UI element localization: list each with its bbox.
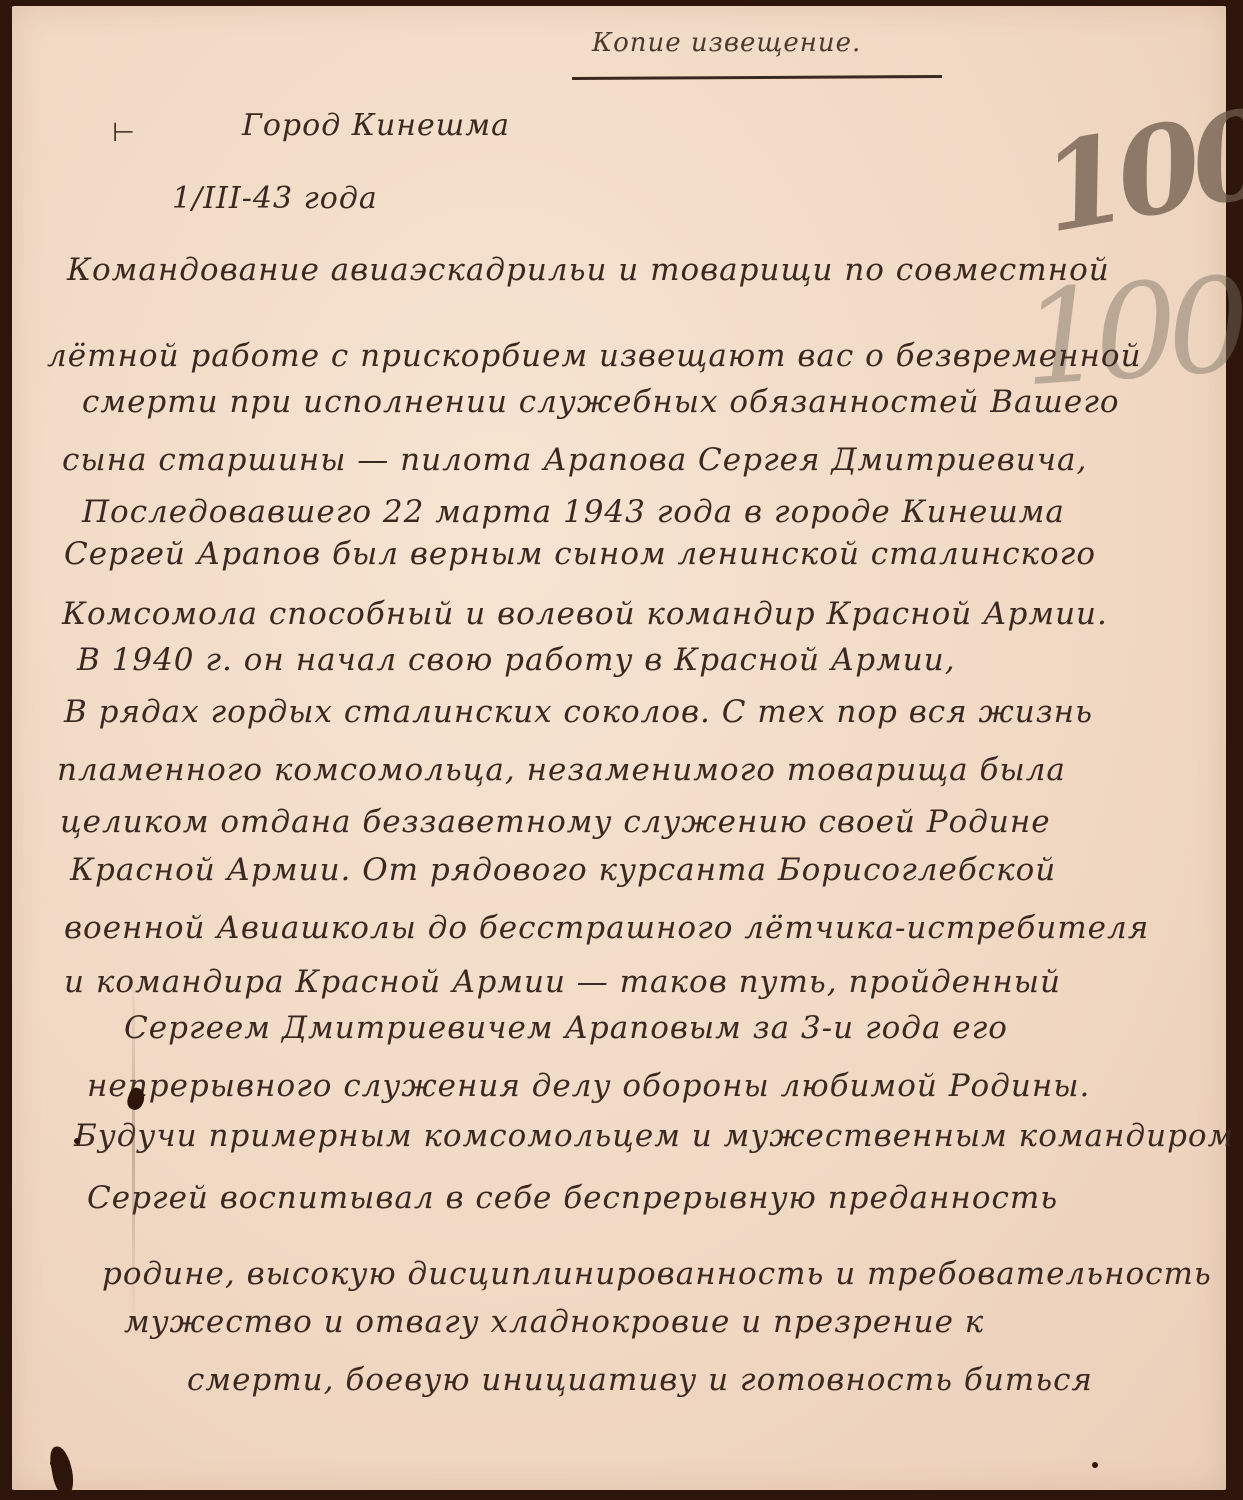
body-line: Комсомола способный и волевой командир К…: [62, 596, 1108, 632]
body-line: целиком отдана беззаветному служению сво…: [60, 804, 1051, 840]
body-line: родине, высокую дисциплинированность и т…: [102, 1256, 1212, 1292]
body-line: военной Авиашколы до бесстрашного лётчик…: [64, 910, 1149, 946]
pencil-annotation-100: 100: [1031, 82, 1243, 260]
document-page: Копие извещение. ⊢ Город Кинешма 1/III-4…: [12, 6, 1226, 1490]
body-line: Сергей воспитывал в себе беспрерывную пр…: [87, 1180, 1058, 1216]
ink-spot: [1092, 1462, 1098, 1468]
body-line: мужество и отвагу хладнокровие и презрен…: [124, 1304, 984, 1340]
body-line: Сергей Арапов был верным сыном ленинской…: [64, 536, 1096, 572]
scan-background: Копие извещение. ⊢ Город Кинешма 1/III-4…: [0, 0, 1243, 1500]
body-line: Красной Армии. От рядового курсанта Бори…: [70, 852, 1056, 888]
ink-spot: [74, 1138, 80, 1144]
body-line: В рядах гордых сталинских соколов. С тех…: [64, 694, 1093, 730]
city-line: Город Кинешма: [242, 108, 510, 143]
body-line: Сергеем Дмитриевичем Араповым за 3-и год…: [124, 1010, 1008, 1046]
document-header-title: Копие извещение.: [592, 28, 861, 58]
body-line: Командование авиаэскадрильи и товарищи п…: [67, 252, 1110, 288]
body-line: лётной работе с прискорбием извещают вас…: [47, 338, 1142, 374]
paper-damage: [48, 1445, 76, 1498]
margin-mark-icon: ⊢: [112, 118, 135, 148]
body-line: смерти, боевую инициативу и готовность б…: [187, 1362, 1093, 1398]
header-underline: [572, 75, 942, 80]
date-line: 1/III-43 года: [172, 181, 378, 216]
body-line: смерти при исполнении служебных обязанно…: [82, 384, 1120, 420]
body-line: сына старшины — пилота Арапова Сергея Дм…: [62, 442, 1087, 478]
body-line: Последовавшего 22 марта 1943 года в горо…: [82, 494, 1065, 530]
paper-crease: [132, 966, 135, 1326]
body-line: В 1940 г. он начал свою работу в Красной…: [77, 642, 956, 678]
body-line: непрерывного служения делу обороны любим…: [87, 1068, 1090, 1104]
body-line: Будучи примерным комсомольцем и мужестве…: [74, 1118, 1234, 1154]
body-line: и командира Красной Армии — таков путь, …: [64, 964, 1061, 1000]
ink-spot: [50, 1460, 56, 1466]
body-line: пламенного комсомольца, незаменимого тов…: [57, 752, 1066, 788]
